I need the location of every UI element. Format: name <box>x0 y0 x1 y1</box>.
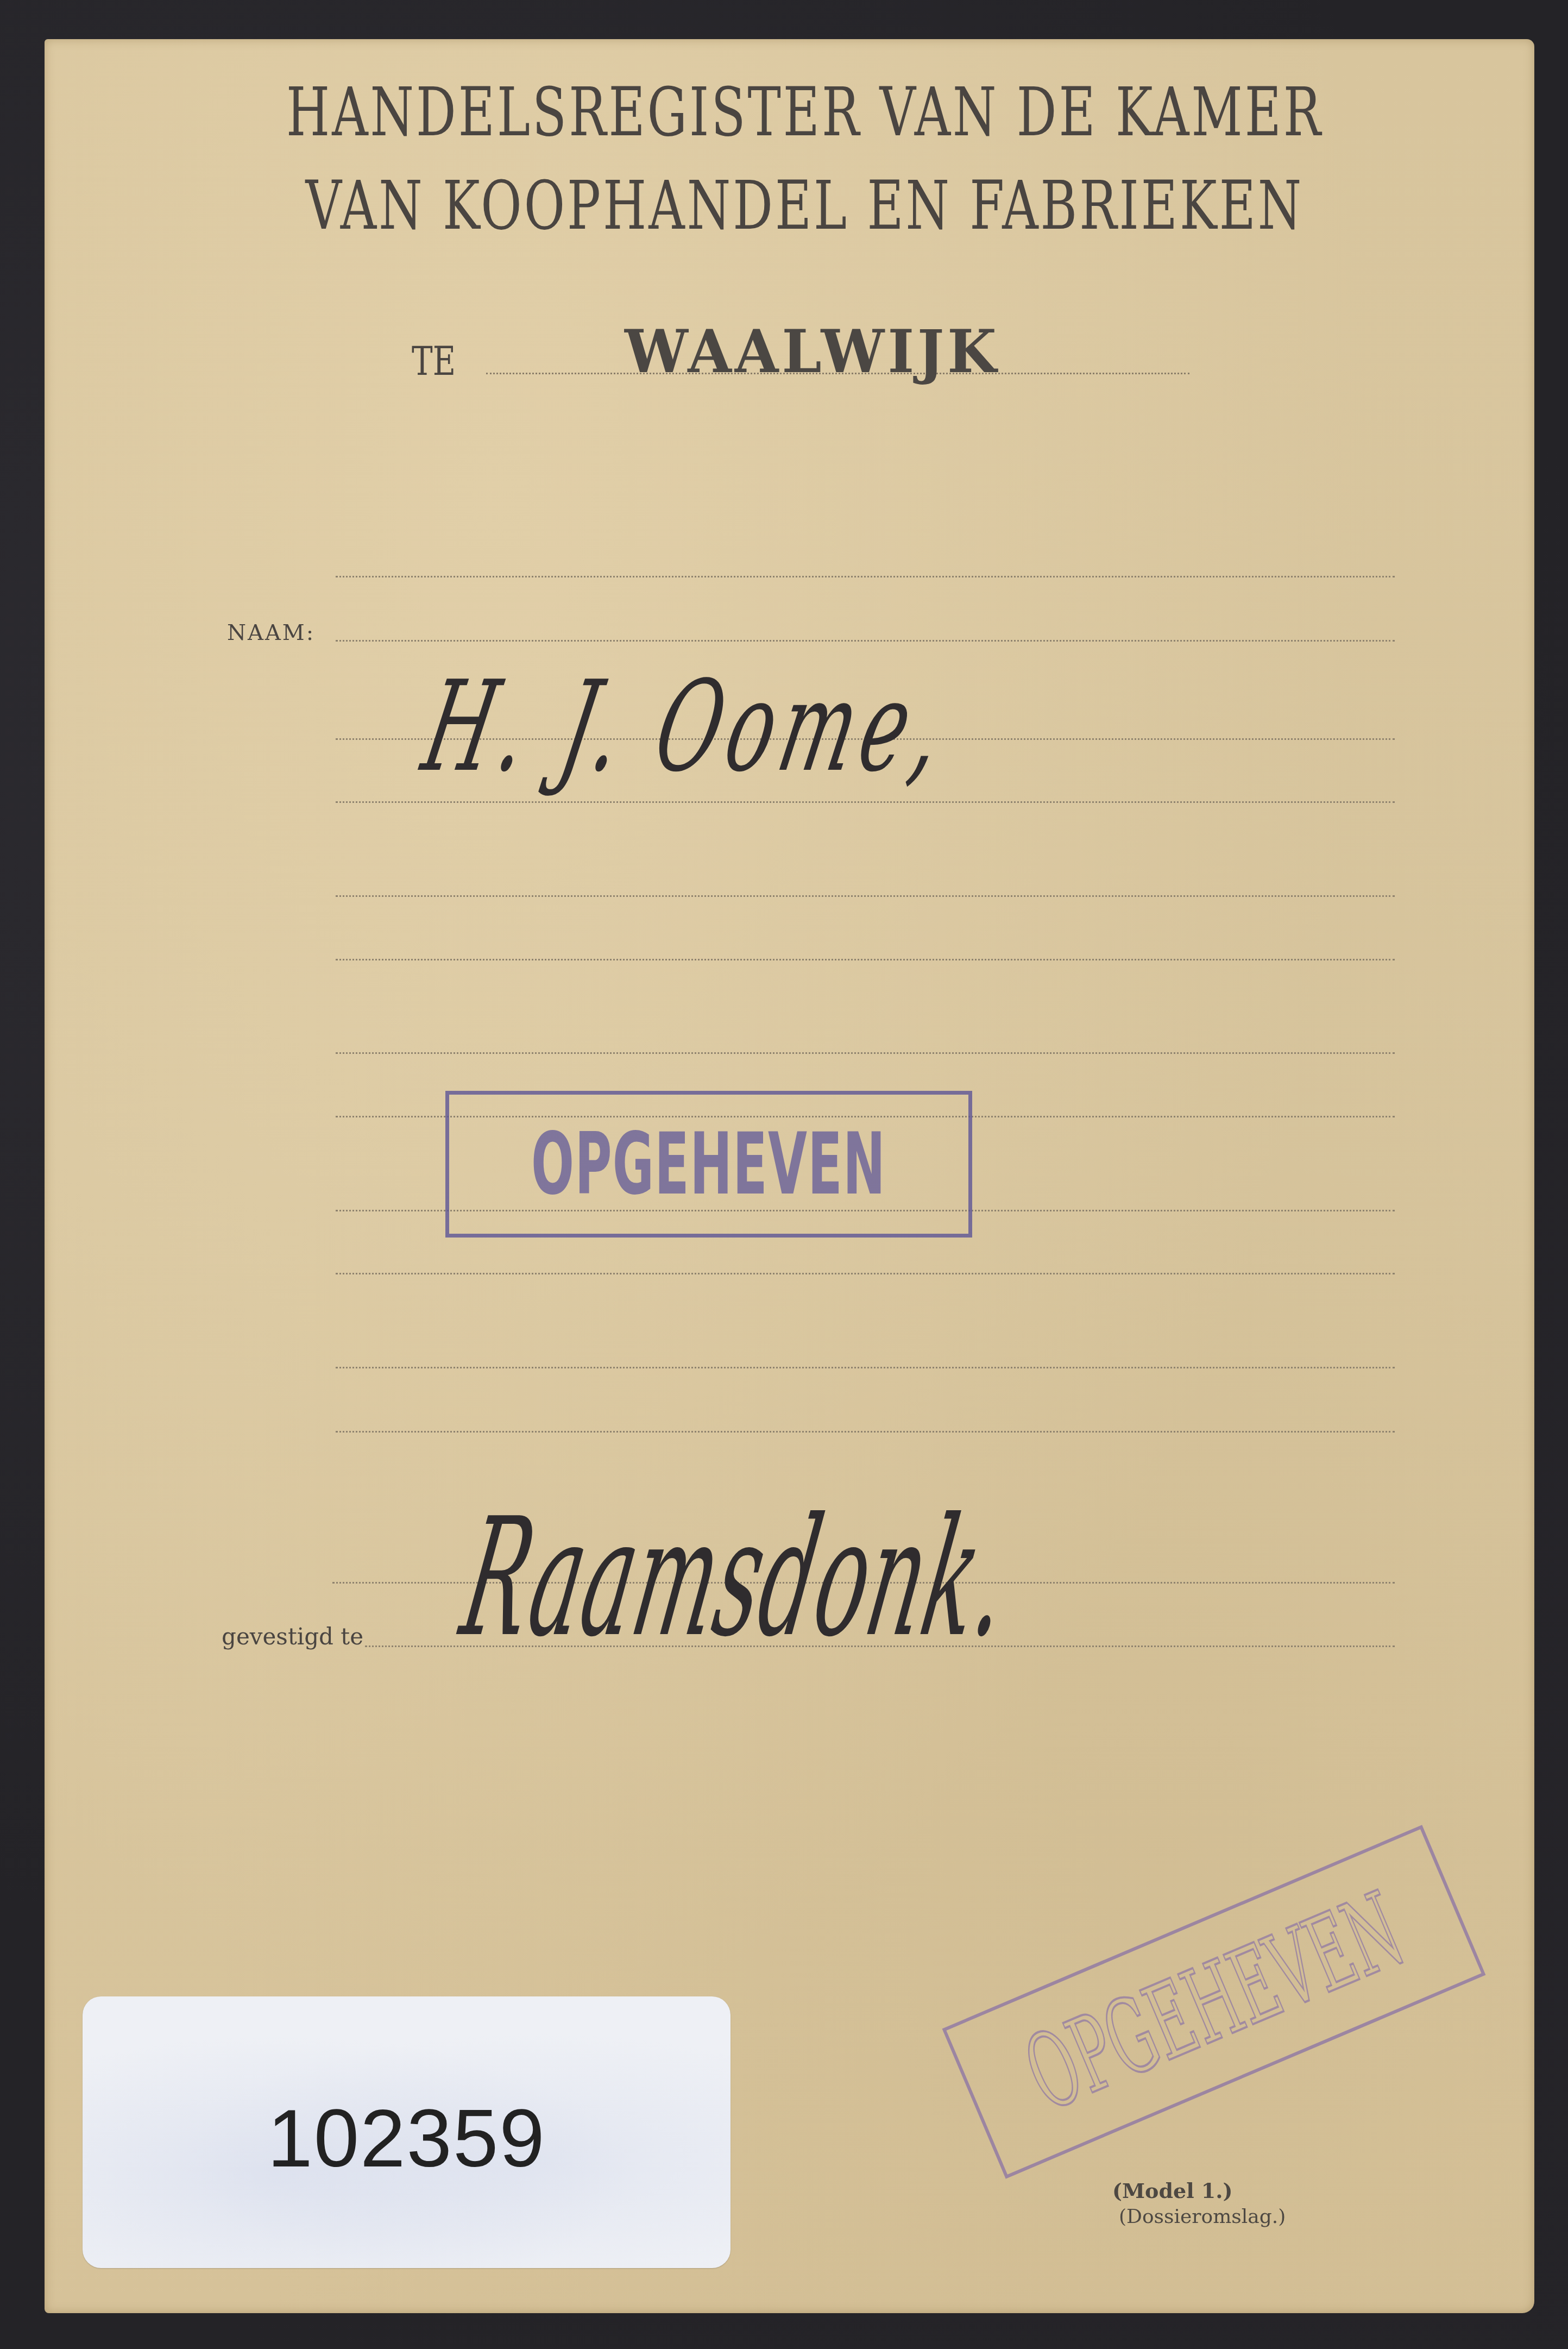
opgeheven-stamp: OPGEHEVEN <box>445 1091 972 1238</box>
ruled-line <box>336 576 1395 577</box>
model-number: (Model 1.) <box>1112 2178 1232 2203</box>
ruled-line <box>336 801 1395 803</box>
te-label: TE <box>412 338 456 384</box>
ruled-line <box>336 1052 1395 1054</box>
header-title-line-2: VAN KOOPHANDEL EN FABRIEKEN <box>21 166 1568 244</box>
archive-sticker: 102359 <box>83 1996 731 2268</box>
model-subtitle: (Dossieromslag.) <box>1119 2206 1286 2228</box>
ruled-line <box>336 1367 1395 1368</box>
archive-number: 102359 <box>83 2092 731 2185</box>
handwritten-place: Raamsdonk. <box>451 1483 1023 1673</box>
stamp-text: OPGEHEVEN <box>532 1115 886 1214</box>
header-title-line-1: HANDELSREGISTER VAN DE KAMER <box>21 73 1568 151</box>
gevestigd-label: gevestigd te <box>222 1623 363 1650</box>
ruled-line <box>336 959 1395 960</box>
handwritten-name: H. J. Oome, <box>413 655 961 800</box>
ruled-line <box>336 1431 1395 1433</box>
ruled-line <box>336 895 1395 897</box>
naam-label: NAAM: <box>227 620 315 645</box>
ruled-line <box>336 640 1395 642</box>
chamber-city: WAALWIJK <box>625 316 1000 386</box>
ruled-line <box>336 1273 1395 1274</box>
